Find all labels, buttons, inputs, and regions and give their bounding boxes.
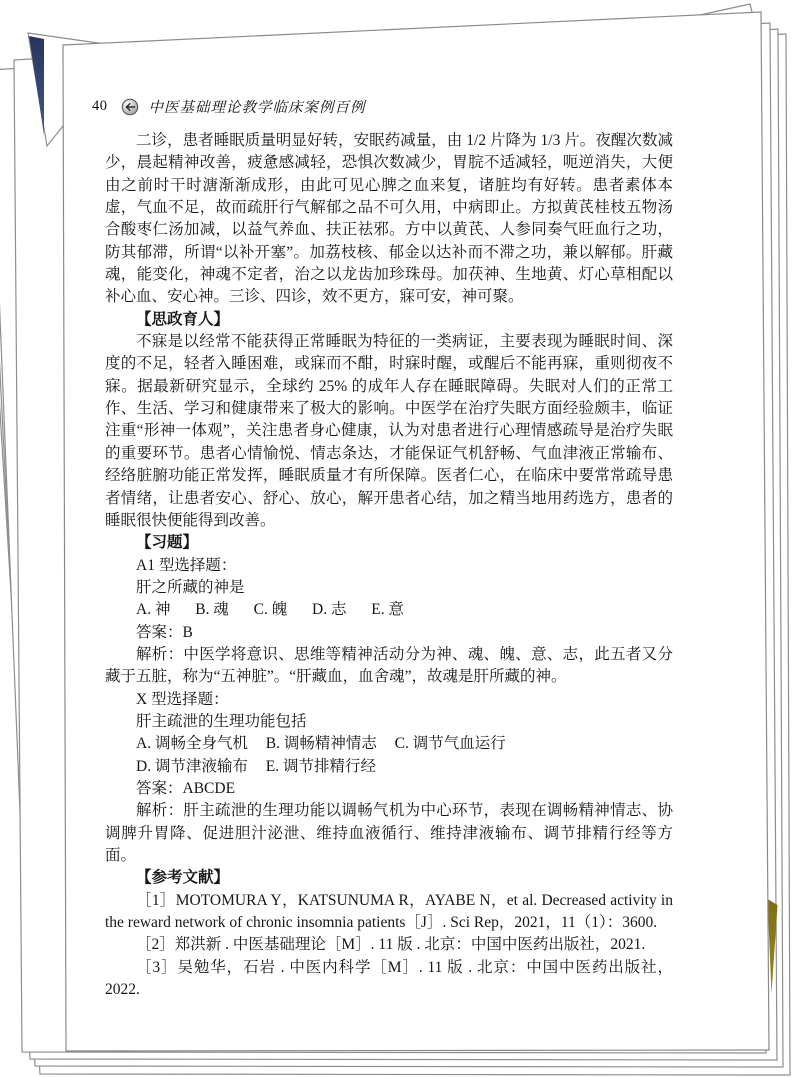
q2-option-e: E. 调节排精行经: [266, 758, 376, 775]
page-header: 40 中医基础理论教学临床案例百例: [92, 96, 366, 117]
q2-type-label: X 型选择题：: [105, 689, 673, 711]
section-heading-references: 【参考文献】: [105, 867, 673, 889]
q1-analysis: 解析：中医学将意识、思维等精神活动分为神、魂、魄、意、志，此五者又分藏于五脏，称…: [105, 644, 673, 689]
q2-answer: 答案：ABCDE: [105, 778, 673, 800]
section-heading-ideology: 【思政育人】: [105, 309, 673, 331]
q1-options-row: A. 神B. 魂C. 魄D. 志E. 意: [105, 599, 673, 621]
section-heading-exercises: 【习题】: [105, 532, 673, 554]
q1-stem: 肝之所藏的神是: [105, 577, 673, 599]
q1-answer: 答案：B: [105, 622, 673, 644]
q2-analysis: 解析：肝主疏泄的生理功能以调畅气机为中心环节，表现在调畅精神情志、协调脾升胃降、…: [105, 800, 673, 867]
page-number: 40: [92, 98, 108, 115]
q2-stem: 肝主疏泄的生理功能包括: [105, 711, 673, 733]
q2-option-a: A. 调畅全身气机: [136, 735, 248, 752]
q1-option-c: C. 魄: [254, 601, 288, 618]
reference-item-2: ［2］郑洪新 . 中医基础理论［M］. 11 版 . 北京：中国中医药出版社，2…: [105, 934, 673, 956]
q1-option-d: D. 志: [312, 601, 346, 618]
q2-option-d: D. 调节津液输布: [136, 758, 248, 775]
q2-option-b: B. 调畅精神情志: [266, 735, 377, 752]
q1-option-a: A. 神: [136, 601, 170, 618]
publisher-logo-icon: [121, 98, 139, 116]
running-title: 中医基础理论教学临床案例百例: [149, 96, 366, 117]
reference-item-3: ［3］吴勉华，石岩 . 中医内科学［M］. 11 版 . 北京：中国中医药出版社…: [105, 957, 673, 1002]
front-page-content: 40 中医基础理论教学临床案例百例 二诊，患者睡眠质量明显好转，安眠药减量，由 …: [0, 0, 800, 1077]
reference-item-1: ［1］MOTOMURA Y，KATSUNUMA R，AYABE N，et al.…: [105, 890, 673, 935]
book-page-view: 40 中医基础理论教学临床案例百例 二诊，患者睡眠质量明显好转，安眠药减量，由 …: [0, 0, 800, 1077]
page-body: 二诊，患者睡眠质量明显好转，安眠药减量，由 1/2 片降为 1/3 片。夜醒次数…: [105, 130, 673, 1001]
q2-options-row-2: D. 调节津液输布E. 调节排精行经: [105, 756, 673, 778]
q1-option-b: B. 魂: [195, 601, 229, 618]
q1-type-label: A1 型选择题：: [105, 555, 673, 577]
ideology-paragraph: 不寐是以经常不能获得正常睡眠为特征的一类病证，主要表现为睡眠时间、深度的不足，轻…: [105, 331, 673, 532]
q2-option-c: C. 调节气血运行: [395, 735, 506, 752]
q1-option-e: E. 意: [371, 601, 404, 618]
q2-options-row-1: A. 调畅全身气机B. 调畅精神情志C. 调节气血运行: [105, 733, 673, 755]
case-progress-paragraph: 二诊，患者睡眠质量明显好转，安眠药减量，由 1/2 片降为 1/3 片。夜醒次数…: [105, 130, 673, 309]
